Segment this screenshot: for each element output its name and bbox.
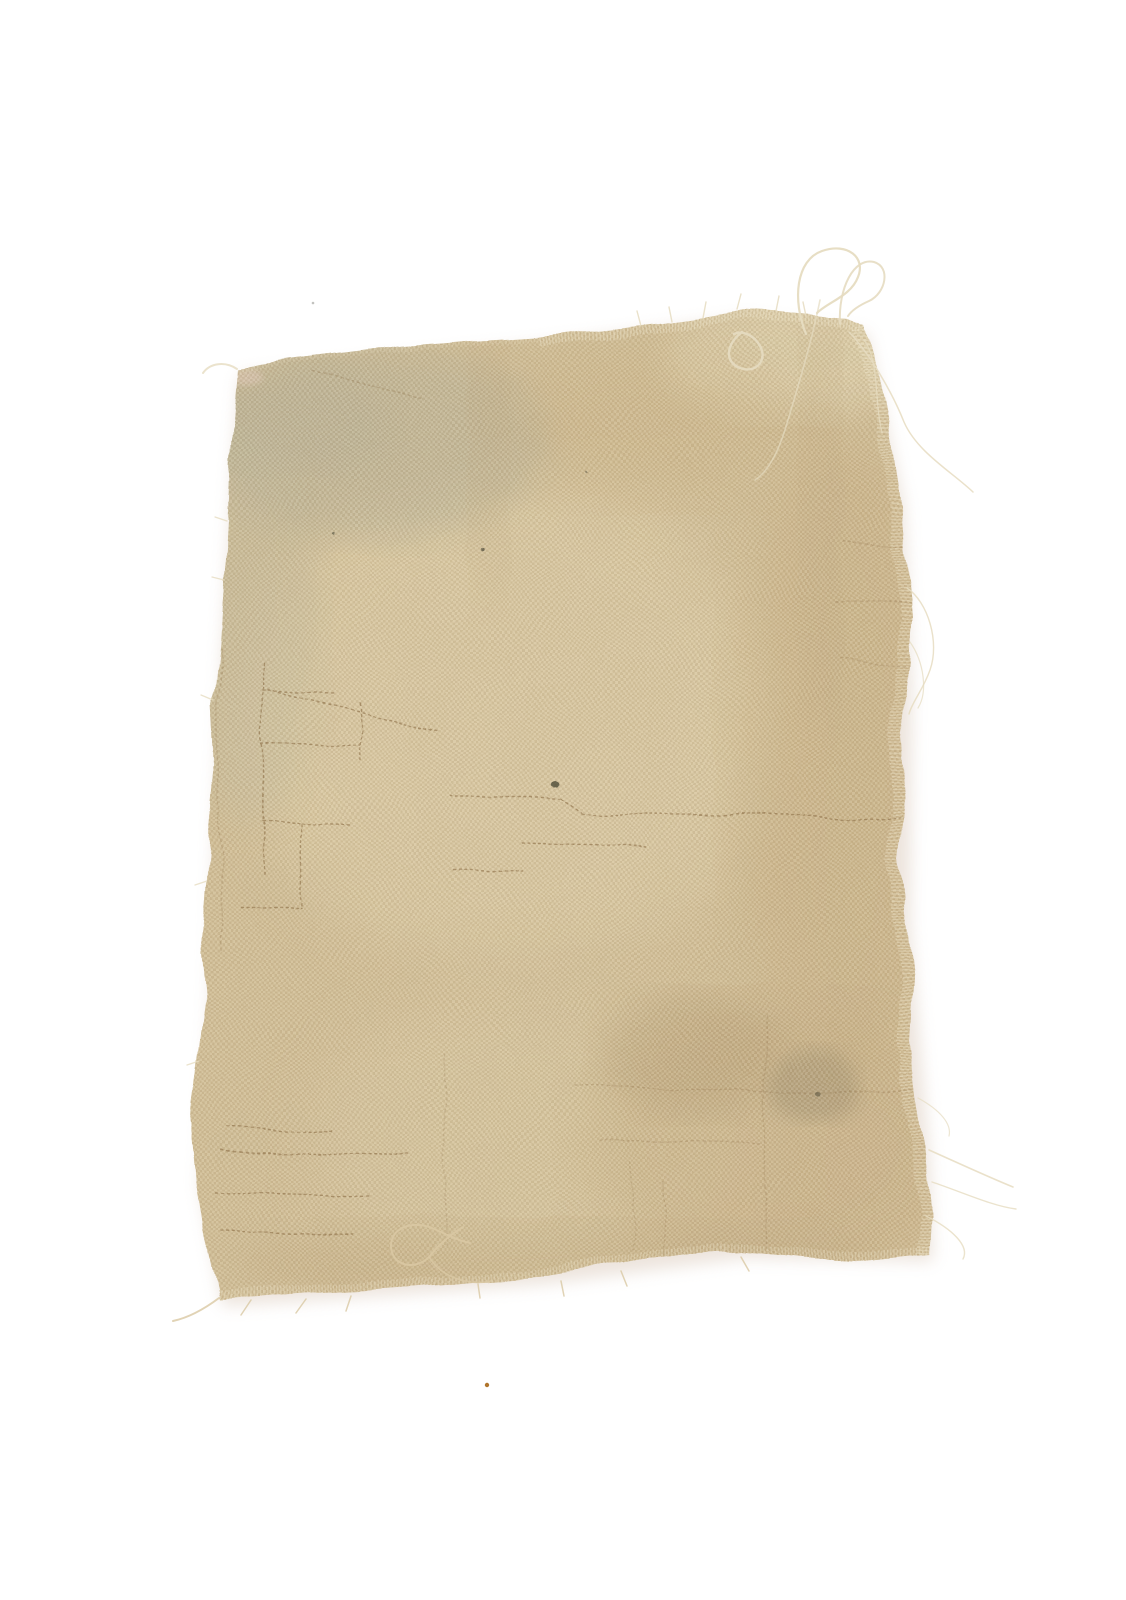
scan-stage [0,0,1126,1600]
textile-scan [0,0,1126,1600]
debris-speck [485,1383,489,1387]
textile-fragment [180,240,970,1310]
dust-fleck [312,302,315,305]
cloth-weave-texture [180,240,940,1310]
